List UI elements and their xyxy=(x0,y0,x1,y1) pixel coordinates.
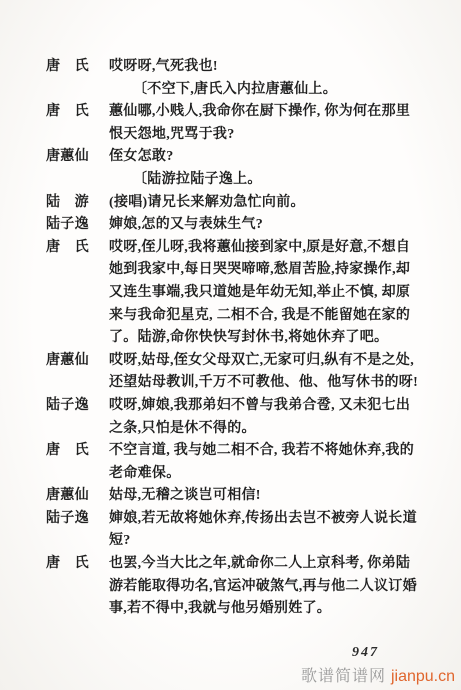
watermark: 歌谱简谱网jianpu.cn xyxy=(301,663,455,686)
line-text: 姑母,无稽之谈岂可相信! xyxy=(109,485,443,508)
page-number: 947 xyxy=(352,645,379,661)
line-text: 之条,只怕是休不得的。 xyxy=(109,418,443,441)
script-line: 短? xyxy=(46,530,443,553)
script-line: 了。陆游,命你快快写封休书,将她休弃了吧。 xyxy=(46,327,443,350)
script-line: 来与我命犯星克, 二相不合, 我是不能留她在家的 xyxy=(46,305,443,328)
script-line: 唐 氏 哎呀,侄儿呀,我将蕙仙接到家中,原是好意,不想自 xyxy=(46,237,443,260)
line-text: 她到我家中,每日哭哭啼啼,愁眉苦脸,持家操作,却 xyxy=(109,259,443,282)
line-text: 哎呀,侄儿呀,我将蕙仙接到家中,原是好意,不想自 xyxy=(109,237,443,260)
speaker-label: 陆子逸 xyxy=(46,214,102,237)
line-text: 恨天怨地,咒骂于我? xyxy=(109,124,443,147)
script-line: 陆子逸 婶娘,怎的又与表妹生气? xyxy=(46,214,443,237)
line-text: 老命难保。 xyxy=(109,463,443,486)
speaker-label: 唐蕙仙 xyxy=(46,350,102,373)
speaker-label: 陆子逸 xyxy=(46,508,102,531)
script-body: 唐 氏 哎呀呀,气死我也! 〔不空下,唐氏入内拉唐蕙仙上。 唐 氏 蕙仙哪,小贱… xyxy=(46,56,443,621)
speaker-label: 唐蕙仙 xyxy=(46,485,102,508)
speaker-label: 唐 氏 xyxy=(46,440,102,463)
speaker-label: 陆子逸 xyxy=(46,395,102,418)
script-line: 唐蕙仙 哎呀,姑母,侄女父母双亡,无家可归,纵有不是之处, xyxy=(46,350,443,373)
line-text: 〔不空下,唐氏入内拉唐蕙仙上。 xyxy=(109,79,443,102)
scanned-script-page: 唐 氏 哎呀呀,气死我也! 〔不空下,唐氏入内拉唐蕙仙上。 唐 氏 蕙仙哪,小贱… xyxy=(0,0,461,690)
script-line: 唐 氏 蕙仙哪,小贱人,我命你在厨下操作, 你为何在那里 xyxy=(46,101,443,124)
script-line: 唐蕙仙 姑母,无稽之谈岂可相信! xyxy=(46,485,443,508)
line-text: 婶娘,怎的又与表妹生气? xyxy=(109,214,443,237)
script-line: 之条,只怕是休不得的。 xyxy=(46,418,443,441)
script-line: 还望姑母教训,千万不可教他、他、他写休书的呀! xyxy=(46,372,443,395)
line-text: 蕙仙哪,小贱人,我命你在厨下操作, 你为何在那里 xyxy=(109,101,443,124)
script-line: 陆子逸 哎呀,婶娘,我那弟妇不曾与我弟合卺, 又未犯七出 xyxy=(46,395,443,418)
speaker-label: 唐蕙仙 xyxy=(46,146,102,169)
script-line: 陆子逸 婶娘,若无故将她休弃,传扬出去岂不被旁人说长道 xyxy=(46,508,443,531)
watermark-site-url[interactable]: jianpu.cn xyxy=(391,668,455,685)
stage-direction: 〔不空下,唐氏入内拉唐蕙仙上。 xyxy=(46,79,443,102)
script-line: 唐 氏 不空言道, 我与她二相不合, 我若不将她休弃,我的 xyxy=(46,440,443,463)
line-text: 哎呀,婶娘,我那弟妇不曾与我弟合卺, 又未犯七出 xyxy=(109,395,443,418)
line-text: 哎呀,姑母,侄女父母双亡,无家可归,纵有不是之处, xyxy=(109,350,443,373)
script-line: 游若能取得功名,官运冲破煞气,再与他二人议订婚 xyxy=(46,576,443,599)
script-line: 唐 氏 哎呀呀,气死我也! xyxy=(46,56,443,79)
line-text: 不空言道, 我与她二相不合, 我若不将她休弃,我的 xyxy=(109,440,443,463)
script-line: 陆 游 (接唱)请兄长来解劝急忙向前。 xyxy=(46,192,443,215)
speaker-label: 唐 氏 xyxy=(46,56,102,79)
line-text: 短? xyxy=(109,530,443,553)
script-line: 唐 氏 也罢,今当大比之年,就命你二人上京科考, 你弟陆 xyxy=(46,553,443,576)
script-line: 唐蕙仙 侄女怎敢? xyxy=(46,146,443,169)
script-line: 老命难保。 xyxy=(46,463,443,486)
line-text: (接唱)请兄长来解劝急忙向前。 xyxy=(109,192,443,215)
speaker-label: 唐 氏 xyxy=(46,101,102,124)
line-text: 还望姑母教训,千万不可教他、他、他写休书的呀! xyxy=(109,372,443,395)
line-text: 〔陆游拉陆子逸上。 xyxy=(109,169,443,192)
script-line: 恨天怨地,咒骂于我? xyxy=(46,124,443,147)
line-text: 侄女怎敢? xyxy=(109,146,443,169)
line-text: 了。陆游,命你快快写封休书,将她休弃了吧。 xyxy=(109,327,443,350)
line-text: 游若能取得功名,官运冲破煞气,再与他二人议订婚 xyxy=(109,576,443,599)
line-text: 又连生事端,我只道她是年幼无知,举止不慎, 却原 xyxy=(109,282,443,305)
speaker-label: 陆 游 xyxy=(46,192,102,215)
stage-direction: 〔陆游拉陆子逸上。 xyxy=(46,169,443,192)
watermark-site-name: 歌谱简谱网 xyxy=(301,668,386,685)
speaker-label: 唐 氏 xyxy=(46,553,102,576)
speaker-label: 唐 氏 xyxy=(46,237,102,260)
line-text: 也罢,今当大比之年,就命你二人上京科考, 你弟陆 xyxy=(109,553,443,576)
line-text: 哎呀呀,气死我也! xyxy=(109,56,443,79)
line-text: 事,若不得中,我就与他另婚别姓了。 xyxy=(109,598,443,621)
script-line: 事,若不得中,我就与他另婚别姓了。 xyxy=(46,598,443,621)
script-line: 又连生事端,我只道她是年幼无知,举止不慎, 却原 xyxy=(46,282,443,305)
line-text: 婶娘,若无故将她休弃,传扬出去岂不被旁人说长道 xyxy=(109,508,443,531)
script-line: 她到我家中,每日哭哭啼啼,愁眉苦脸,持家操作,却 xyxy=(46,259,443,282)
line-text: 来与我命犯星克, 二相不合, 我是不能留她在家的 xyxy=(109,305,443,328)
